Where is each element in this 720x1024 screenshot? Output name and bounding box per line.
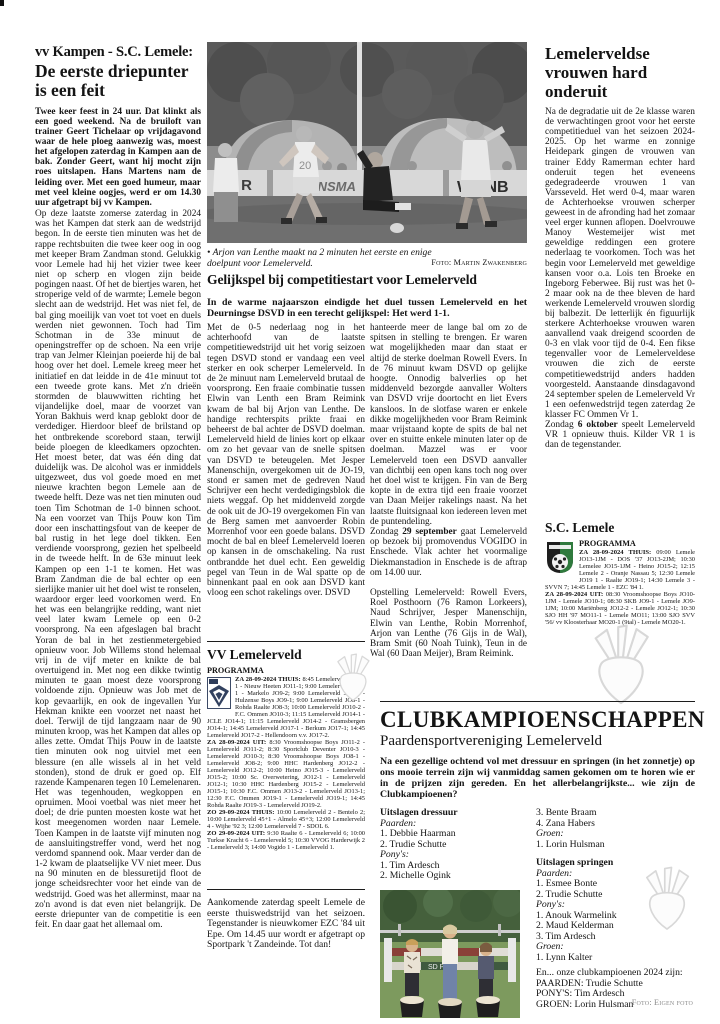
match-photo: E R JANSMA WIJNB 20 (207, 42, 527, 243)
women-next-pre: Zondag (545, 420, 574, 430)
sc-programma: PROGRAMMA ZA 28-09-2024 THUIS: 09:00 Lem… (545, 539, 695, 626)
print-corner-mark (0, 0, 4, 6)
women-next-match: Zondag 6 oktober speelt Lemelerveld VR 1… (545, 420, 695, 450)
left-article-kicker: vv Kampen - S.C. Lemele: (35, 44, 201, 61)
club-title: CLUBKAMPIOENSCHAPPEN (380, 708, 695, 732)
main-article-col2: hanteerde meer de lange bal om zo de spi… (370, 323, 527, 703)
women-article-title: Lemelerveldse vrouwen hard onderuit (545, 44, 695, 101)
result-line: 1. Lorin Hulsman (536, 840, 686, 851)
women-next-date: 6 oktober (578, 420, 618, 430)
lemele-note-section: Aankomende zaterdag speelt Lemele de eer… (207, 889, 365, 951)
lineup-paragraph: Opstelling Lemelerveld: Rowell Evers, Ro… (370, 588, 527, 659)
club-results-col1: Uitslagen dressuur Paarden: 1. Debbie Ha… (380, 808, 522, 1023)
programma-entry-text: 8:30 Vroomshoopse Boys JO11-2 - Lemelerv… (207, 739, 365, 809)
newspaper-page: vv Kampen - S.C. Lemele: De eerste driep… (0, 0, 720, 1024)
vv-lemelerveld-logo (207, 677, 231, 714)
programma-entry-label: ZO 29-09-2024 THUIS: (207, 809, 274, 816)
left-article-body: Op deze laatste zomerse zaterdag in 2024… (35, 209, 201, 930)
result-line: 1. Lynn Kalter (536, 953, 686, 964)
photo-credit: Foto: Martin Zwakenberg (431, 258, 527, 267)
programma-entry-label: ZA 28-09-2024 UIT: (207, 739, 266, 746)
main-article-title: Gelijkspel bij competitiestart voor Leme… (207, 272, 527, 288)
lemele-note: Aankomende zaterdag speelt Lemele de eer… (207, 898, 365, 951)
beet-watermark-icon (639, 863, 695, 933)
left-article: vv Kampen - S.C. Lemele: De eerste driep… (35, 44, 201, 1006)
main-article-col1: Met de 0-5 nederlaag nog in het achterho… (207, 323, 365, 639)
photo-caption: • Arjon van Lenthe maakt na 2 minuten he… (207, 247, 457, 269)
programma-entry-label: ZA 28-09-2024 THUIS: (235, 676, 301, 683)
section-divider (380, 701, 695, 702)
main-article-col2-text: hanteerde meer de lange bal om zo de spi… (370, 323, 527, 527)
beet-watermark-icon (578, 620, 664, 708)
programma-entry: ZA 28-09-2024 UIT: 08:30 Vroomshoopse Bo… (545, 591, 695, 626)
programma-entry-label: ZO 29-09-2024 UIT: (207, 830, 265, 837)
programma-entry-label: ZA 28-09-2024 THUIS: (579, 549, 651, 556)
podium-photo: SD PSV (380, 890, 522, 1023)
programma-entry: ZO 29-09-2024 THUIS: 10:00 Lemelerveld 2… (207, 809, 365, 830)
next-match-pre: Zondag (370, 527, 398, 537)
main-article-lead: In de warme najaarszon eindigde het duel… (207, 297, 527, 320)
photo-caption-block: • Arjon van Lenthe maakt na 2 minuten he… (207, 247, 527, 269)
section-divider (207, 641, 365, 642)
svg-text:20: 20 (299, 160, 311, 172)
match-photo-graphic: E R JANSMA WIJNB 20 (207, 42, 527, 243)
club-intro: Na een gezellige ochtend vol met dressuu… (380, 756, 695, 800)
club-photo-credit: Foto: Eigen foto (632, 998, 693, 1007)
section-divider (207, 889, 365, 890)
left-article-title: De eerste driepunter is een feit (35, 62, 201, 101)
result-line: 2. Michelle Ogink (380, 871, 522, 882)
sc-lemele-logo (545, 540, 575, 579)
programma-entry: ZO 29-09-2024 UIT: 9:30 Raalte 6 - Lemel… (207, 830, 365, 851)
women-article-body: Na de degradatie uit de 2e klasse waren … (545, 107, 695, 420)
left-article-intro: Twee keer feest in 24 uur. Dat klinkt al… (35, 107, 201, 209)
sc-lemele-title: S.C. Lemele (545, 520, 695, 536)
women-article: Lemelerveldse vrouwen hard onderuit Na d… (545, 44, 695, 450)
club-championships-section: CLUBKAMPIOENSCHAPPEN Paardensportverenig… (380, 701, 695, 1021)
sc-lemele-section: S.C. Lemele PROGRAMMA ZA 28-09-2024 THUI… (545, 520, 695, 626)
next-match-date: 29 september (402, 527, 456, 537)
club-subtitle: Paardensportvereniging Lemelerveld (380, 733, 695, 750)
programma-entry-label: ZA 28-09-2024 UIT: (545, 591, 603, 598)
programma-entry: ZA 28-09-2024 UIT: 8:30 Vroomshoopse Boy… (207, 739, 365, 809)
next-match-paragraph: Zondag 29 september gaat Lemelerveld op … (370, 527, 527, 578)
beet-watermark-icon (332, 646, 374, 708)
